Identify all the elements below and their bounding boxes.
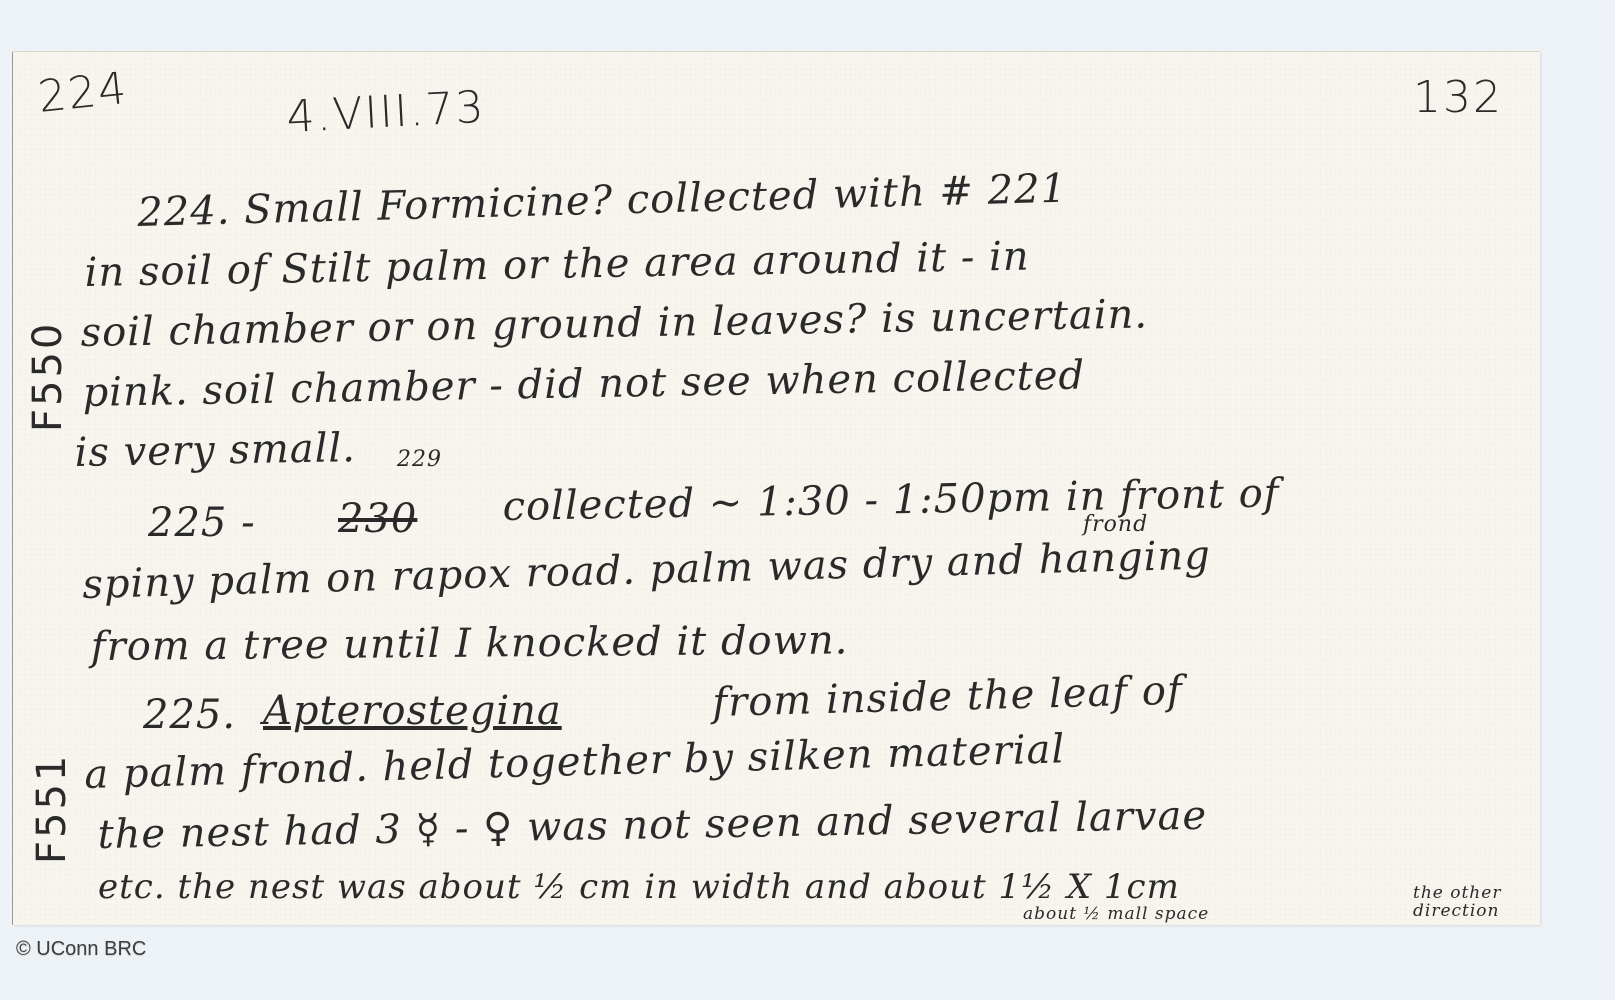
card-number-right: 132 <box>1413 72 1503 123</box>
entry-225-number-prefix: 225 - <box>148 500 256 546</box>
entry-225b-insertion-below: about ½ mall space <box>1023 904 1209 924</box>
copyright-notice: © UConn BRC <box>16 938 146 961</box>
entry-225-number-struck: 230 <box>338 496 417 542</box>
entry-224-line-5: is very small. <box>74 425 356 476</box>
entry-225b-number: 225. <box>143 692 236 738</box>
side-note-upper: F550 <box>25 321 71 432</box>
side-note-lower: F551 <box>29 753 75 864</box>
entry-224-line-1: 224. Small Formicine? collected with # 2… <box>137 166 1068 236</box>
entry-224-line-2: in soil of Stilt palm or the area around… <box>84 234 1030 296</box>
entry-225-line-1: collected ~ 1:30 - 1:50pm in front of <box>502 470 1280 530</box>
entry-225-line-3: from a tree until I knocked it down. <box>91 617 849 670</box>
entry-225b-line-4: etc. the nest was about ½ cm in width an… <box>98 867 1180 907</box>
entry-224-line-4: pink. soil chamber - did not see when co… <box>82 353 1085 416</box>
card-number-left: 224 <box>36 63 131 123</box>
entry-224-line-3: soil chamber or on ground in leaves? is … <box>80 291 1148 356</box>
specimen-note-card: 224 4.VIII.73 132 F550 F551 224. Small F… <box>13 52 1540 925</box>
entry-225b-line-1: from inside the leaf of <box>712 668 1184 726</box>
entry-225b-line-3: the nest had 3 ☿ - ♀ was not seen and se… <box>97 793 1207 858</box>
entry-225b-margin-note: the other direction <box>1413 884 1533 920</box>
entry-225-number-correction: 229 <box>397 447 442 472</box>
entry-225b-taxon: Apterostegina <box>263 688 562 734</box>
entry-225-insertion-frond: frond <box>1083 512 1148 537</box>
collection-date: 4.VIII.73 <box>285 82 486 143</box>
